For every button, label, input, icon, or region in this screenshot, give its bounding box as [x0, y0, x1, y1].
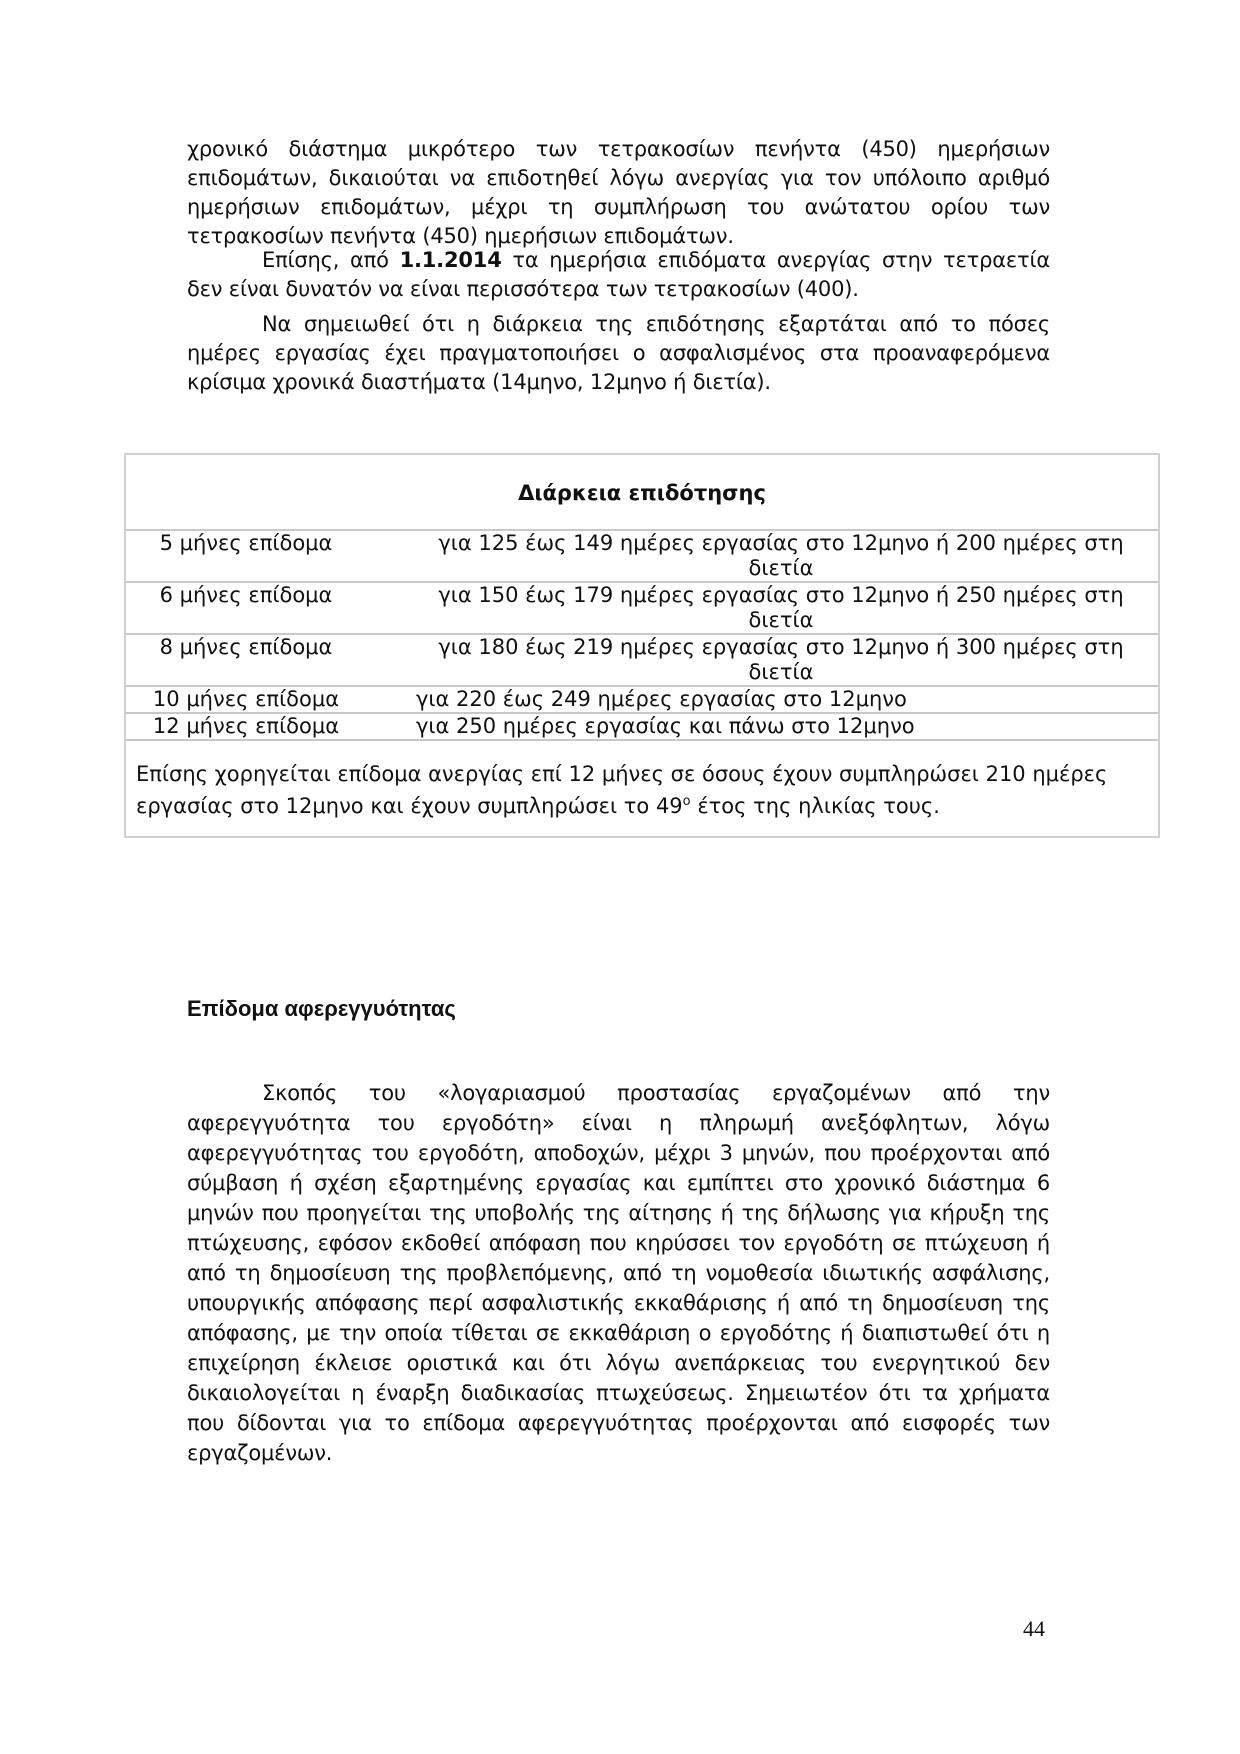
note-text-end: έτος της ηλικίας τους. — [691, 794, 940, 818]
section-heading: Επίδομα αφερεγγυότητας — [187, 996, 456, 1022]
condition-cell: για 180 έως 219 ημέρες εργασίας στο 12μη… — [366, 635, 1158, 685]
paragraph-duration-note: Να σημειωθεί ότι η διάρκεια της επιδότησ… — [187, 310, 1050, 397]
condition-cell: για 125 έως 149 ημέρες εργασίας στο 12μη… — [366, 531, 1158, 581]
condition-cell: για 250 ημέρες εργασίας και πάνω στο 12μ… — [366, 714, 1158, 739]
duration-cell: 5 μήνες επίδομα — [126, 531, 366, 581]
table-row: 12 μήνες επίδομα για 250 ημέρες εργασίας… — [126, 714, 1158, 741]
section-body: Σκοπός του «λογαριασμού προστασίας εργαζ… — [187, 1078, 1050, 1468]
ordinal-sup: ο — [683, 794, 691, 809]
condition-cell: για 220 έως 249 ημέρες εργασίας στο 12μη… — [366, 687, 1158, 712]
table-row: 6 μήνες επίδομα για 150 έως 179 ημέρες ε… — [126, 583, 1158, 635]
table-row: 10 μήνες επίδομα για 220 έως 249 ημέρες … — [126, 687, 1158, 714]
duration-cell: 8 μήνες επίδομα — [126, 635, 366, 685]
table-rows: 5 μήνες επίδομα για 125 έως 149 ημέρες ε… — [126, 529, 1158, 741]
table-row: 5 μήνες επίδομα για 125 έως 149 ημέρες ε… — [126, 531, 1158, 583]
condition-cell: για 150 έως 179 ημέρες εργασίας στο 12μη… — [366, 583, 1158, 633]
page-number: 44 — [1023, 1616, 1045, 1642]
document-page: χρονικό διάστημα μικρότερο των τετρακοσί… — [0, 0, 1240, 1754]
benefit-duration-table: Διάρκεια επιδότησης 5 μήνες επίδομα για … — [124, 453, 1160, 838]
table-title: Διάρκεια επιδότησης — [126, 481, 1158, 505]
table-row: 8 μήνες επίδομα για 180 έως 219 ημέρες ε… — [126, 635, 1158, 687]
duration-cell: 12 μήνες επίδομα — [126, 714, 366, 739]
paragraph-intro: χρονικό διάστημα μικρότερο των τετρακοσί… — [187, 135, 1050, 251]
table-note: Επίσης χορηγείται επίδομα ανεργίας επί 1… — [136, 760, 1146, 820]
duration-cell: 10 μήνες επίδομα — [126, 687, 366, 712]
paragraph-2014-before: Επίσης, από — [262, 248, 400, 272]
note-text: Επίσης χορηγείται επίδομα ανεργίας επί 1… — [136, 762, 1107, 818]
date-bold: 1.1.2014 — [400, 248, 502, 272]
duration-cell: 6 μήνες επίδομα — [126, 583, 366, 633]
paragraph-2014-limit: Επίσης, από 1.1.2014 τα ημερήσια επιδόμα… — [187, 246, 1050, 304]
